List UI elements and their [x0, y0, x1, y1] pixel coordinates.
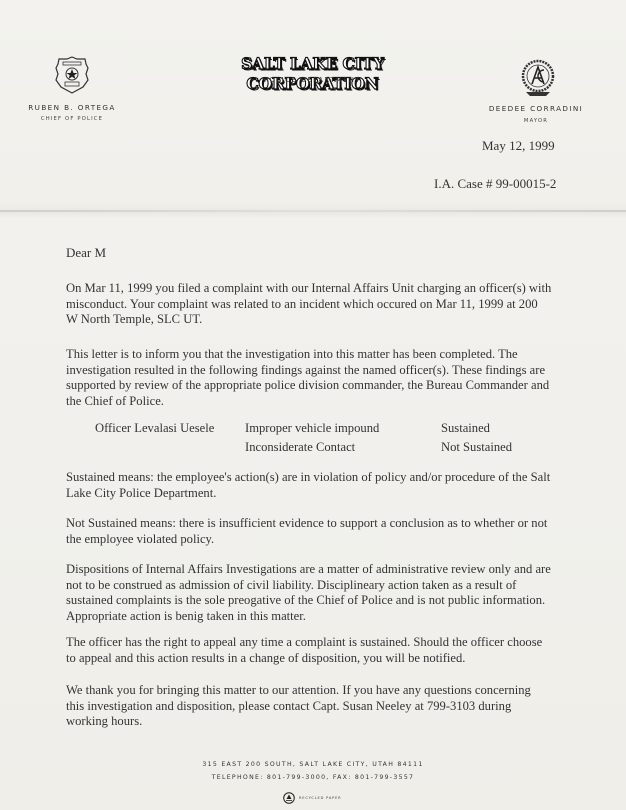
disposition: Not Sustained — [441, 438, 512, 457]
line: investigation resulted in the following … — [66, 363, 566, 379]
chief-title: CHIEF OF POLICE — [27, 116, 117, 122]
disposition: Sustained — [441, 419, 490, 438]
line: sustained complaints is the sole preogat… — [66, 593, 566, 609]
letter-date: May 12, 1999 — [482, 138, 555, 154]
department-name: POLICE DEPARTMENT — [190, 76, 435, 84]
allegation: Improper vehicle impound — [245, 419, 379, 438]
letter-page: RUBEN B. ORTEGA CHIEF OF POLICE SALT LAK… — [0, 0, 626, 810]
allegation: Inconsiderate Contact — [245, 438, 355, 457]
organization-title: SALT LAKE CITY CORPORATION — [190, 53, 435, 93]
line: On Mar 11, 1999 you filed a complaint wi… — [66, 281, 566, 297]
recycle-icon — [283, 792, 295, 804]
line: Dispositions of Internal Affairs Investi… — [66, 562, 566, 578]
line: to appeal and this action results in a c… — [66, 651, 566, 667]
footer-phone: TELEPHONE: 801-799-3000, FAX: 801-799-35… — [150, 774, 476, 781]
line: this investigation and disposition, plea… — [66, 699, 566, 715]
mayor-name: DEEDEE CORRADINI — [486, 104, 586, 113]
paragraph-appeal: The officer has the right to appeal any … — [66, 635, 566, 666]
police-badge-icon — [55, 56, 89, 94]
finding-row: Inconsiderate Contact Not Sustained — [95, 438, 555, 457]
paragraph-complaint: On Mar 11, 1999 you filed a complaint wi… — [66, 281, 566, 328]
paragraph-dispositions: Dispositions of Internal Affairs Investi… — [66, 562, 566, 624]
line: The officer has the right to appeal any … — [66, 635, 566, 651]
officer-name: Officer Levalasi Uesele — [95, 419, 214, 438]
line: supported by review of the appropriate p… — [66, 378, 566, 394]
paragraph-investigation: This letter is to inform you that the in… — [66, 347, 566, 409]
line: Appropriate action is benig taken in thi… — [66, 609, 566, 625]
chief-name: RUBEN B. ORTEGA — [27, 103, 117, 112]
paragraph-sustained-definition: Sustained means: the employee's action(s… — [66, 470, 566, 501]
case-number: I.A. Case # 99-00015-2 — [434, 176, 556, 192]
line: Not Sustained means: there is insufficie… — [66, 516, 566, 532]
paragraph-not-sustained-definition: Not Sustained means: there is insufficie… — [66, 516, 566, 547]
line: the Chief of Police. — [66, 394, 566, 410]
line: misconduct. Your complaint was related t… — [66, 297, 566, 313]
recycled-paper-label: RECYCLED PAPER — [299, 796, 341, 800]
paper-fold-line — [0, 210, 626, 212]
line: Sustained means: the employee's action(s… — [66, 470, 566, 486]
line: This letter is to inform you that the in… — [66, 347, 566, 363]
line: W North Temple, SLC UT. — [66, 312, 566, 328]
mayor-title: MAYOR — [486, 118, 586, 124]
footer-address: 315 EAST 200 SOUTH, SALT LAKE CITY, UTAH… — [150, 761, 476, 768]
findings-table: Officer Levalasi Uesele Improper vehicle… — [95, 419, 555, 457]
line: not to be construed as admission of civi… — [66, 578, 566, 594]
line: working hours. — [66, 714, 566, 730]
line: Lake City Police Department. — [66, 486, 566, 502]
finding-row: Officer Levalasi Uesele Improper vehicle… — [95, 419, 555, 438]
salutation: Dear M — [66, 245, 106, 261]
city-seal-icon — [518, 58, 558, 98]
line: the employee violated policy. — [66, 532, 566, 548]
line: We thank you for bringing this matter to… — [66, 683, 566, 699]
paragraph-closing: We thank you for bringing this matter to… — [66, 683, 566, 730]
